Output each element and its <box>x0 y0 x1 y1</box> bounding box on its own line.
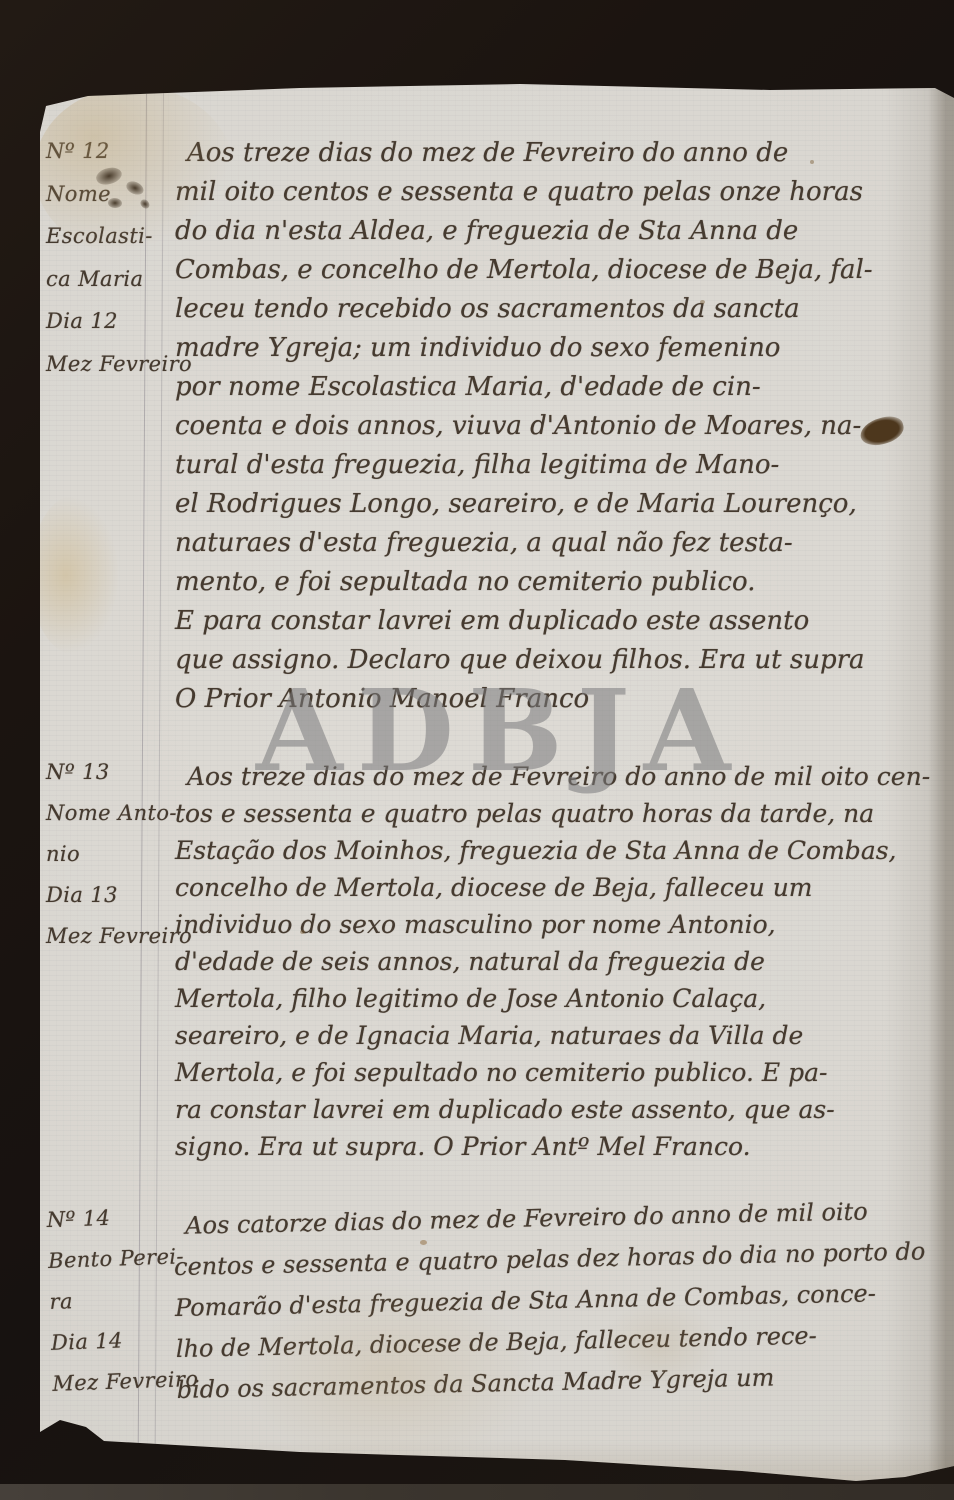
paper-edge-shading <box>0 0 954 1500</box>
scan-bottom-strip <box>0 1484 954 1500</box>
register-page: 3 Nº 12NomeEscolasti-ca MariaDia 12Mez F… <box>0 0 954 1500</box>
photo-background: 3 Nº 12NomeEscolasti-ca MariaDia 12Mez F… <box>0 0 954 1500</box>
